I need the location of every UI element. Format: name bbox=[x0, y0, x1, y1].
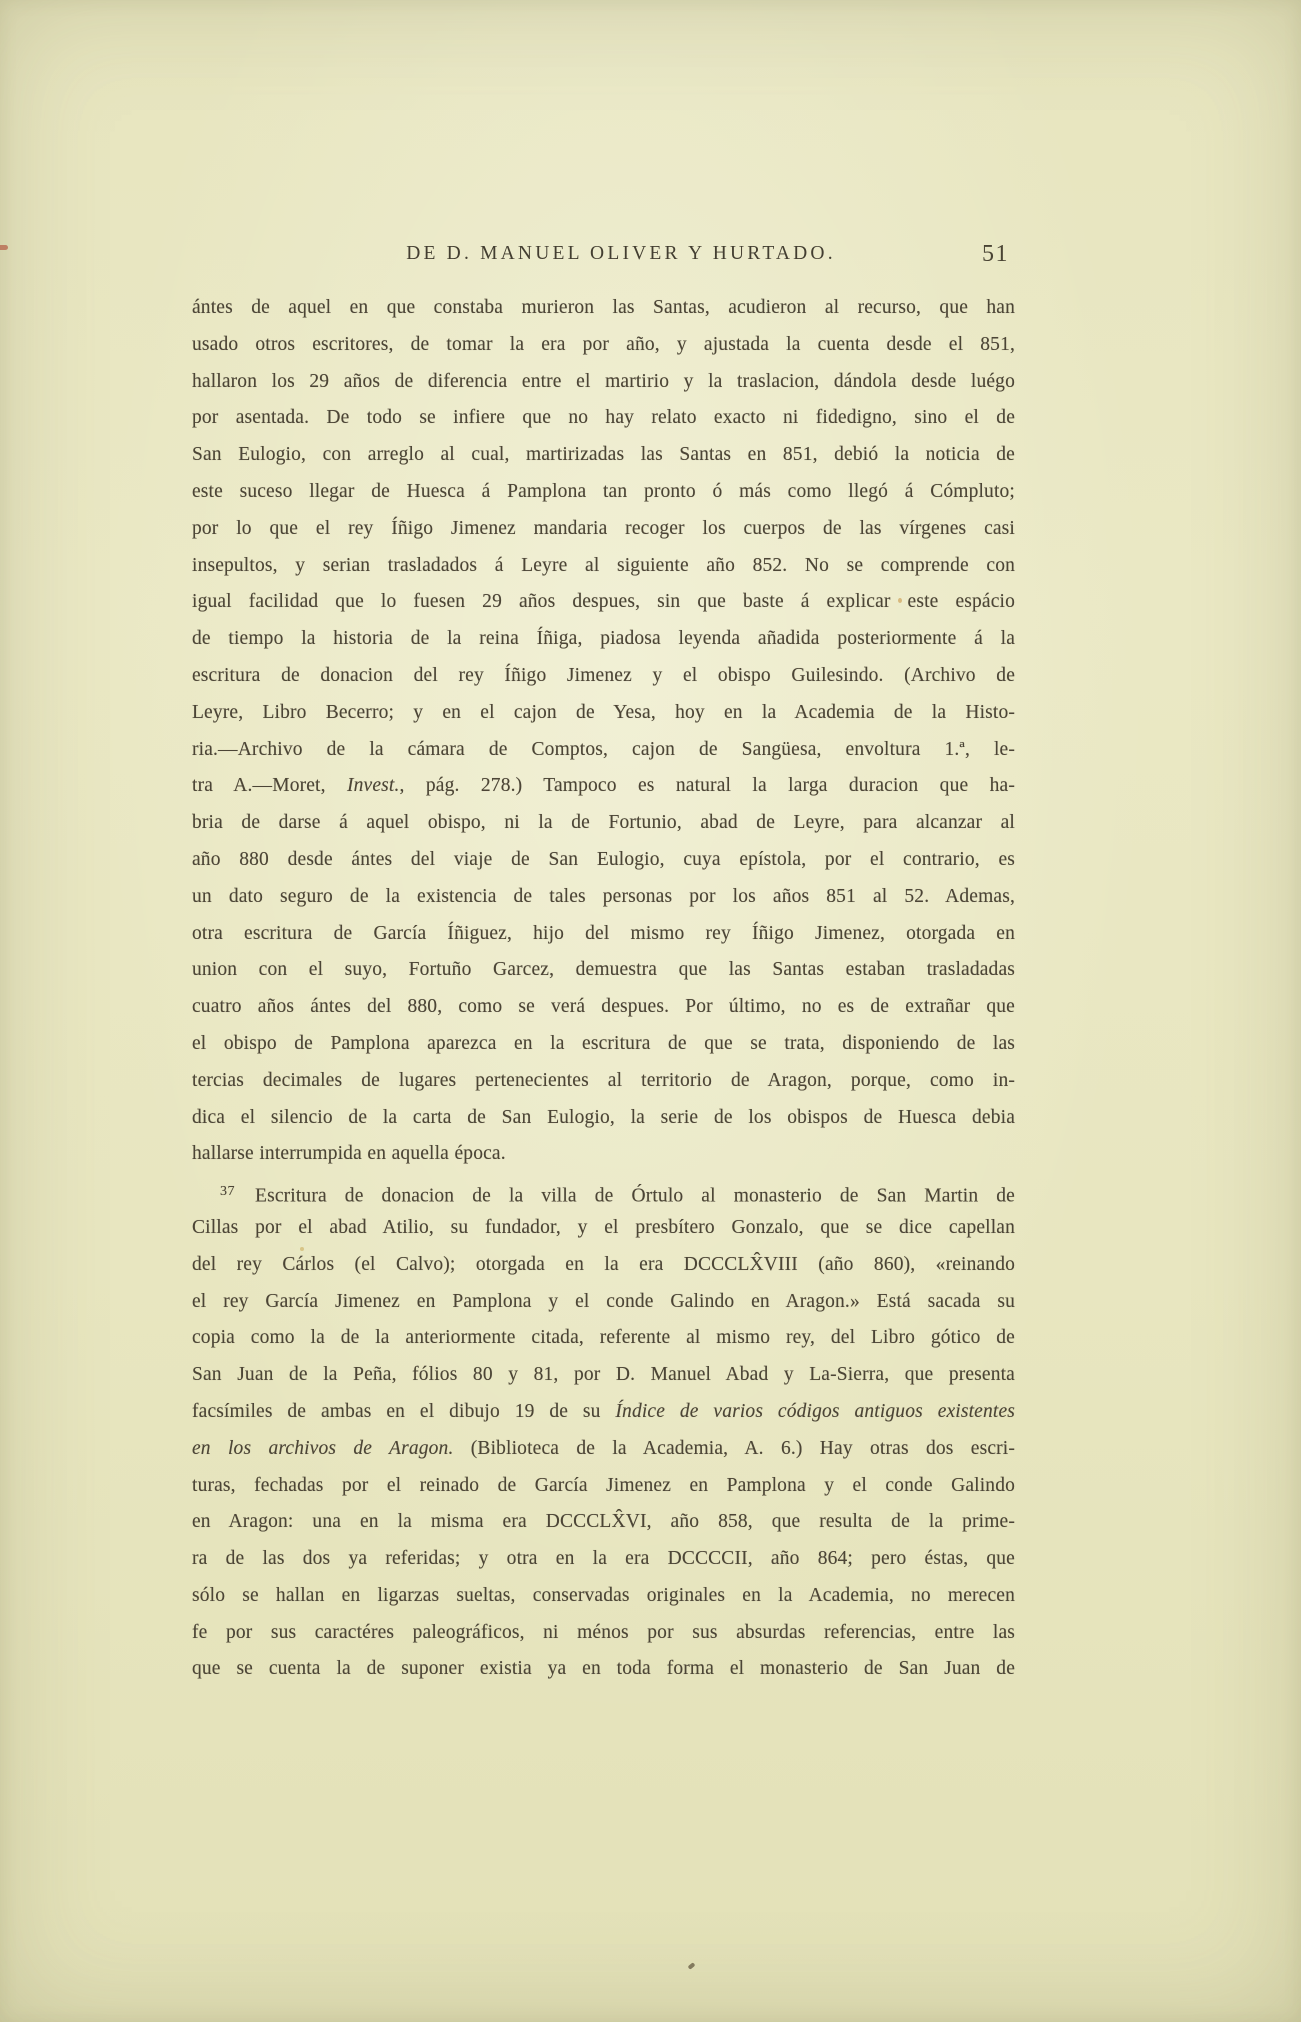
text-line: San Juan de la Peña, fólios 80 y 81, por… bbox=[192, 1357, 1015, 1394]
text-segment: en Aragon: una en la misma era DCCCLX̂VI… bbox=[192, 1511, 1015, 1532]
text-line: fe por sus caractéres paleográficos, ni … bbox=[192, 1615, 1015, 1652]
text-segment: del rey Cárlos (el Calvo); otorgada en l… bbox=[192, 1254, 1015, 1275]
paper-speck-bottom bbox=[688, 1962, 696, 1970]
paragraph: 37 Escritura de donacion de la villa de … bbox=[192, 1173, 1015, 1688]
paragraph: ántes de aquel en que constaba murieron … bbox=[192, 290, 1015, 1173]
text-segment: hallarse interrumpida en aquella época. bbox=[192, 1143, 506, 1164]
text-line: en los archivos de Aragon. (Biblioteca d… bbox=[192, 1431, 1015, 1468]
text-segment: el obispo de Pamplona aparezca en la esc… bbox=[192, 1033, 1015, 1054]
text-segment: Escritura de donacion de la villa de Órt… bbox=[237, 1185, 1015, 1206]
text-segment: bria de darse á aquel obispo, ni la de F… bbox=[192, 812, 1015, 833]
paper-speck-right bbox=[898, 598, 902, 603]
text-segment: turas, fechadas por el reinado de García… bbox=[192, 1475, 1015, 1496]
text-line: tra A.—Moret, Invest., pág. 278.) Tampoc… bbox=[192, 768, 1015, 805]
text-column: ántes de aquel en que constaba murieron … bbox=[192, 290, 1015, 1688]
text-segment: fe por sus caractéres paleográficos, ni … bbox=[192, 1622, 1015, 1643]
text-segment: union con el suyo, Fortuño Garcez, demue… bbox=[192, 959, 1015, 980]
text-line: por asentada. De todo se infiere que no … bbox=[192, 400, 1015, 437]
red-edge-mark bbox=[0, 245, 8, 250]
text-segment: insepultos, y serian trasladados á Leyre… bbox=[192, 555, 1015, 576]
paper-speck-left bbox=[300, 1247, 304, 1251]
text-line: hallarse interrumpida en aquella época. bbox=[192, 1136, 1015, 1173]
text-line: insepultos, y serian trasladados á Leyre… bbox=[192, 548, 1015, 585]
text-segment: Índice de varios códigos antiguos existe… bbox=[615, 1401, 1015, 1422]
text-segment: ántes de aquel en que constaba murieron … bbox=[192, 297, 1015, 318]
text-line: copia como la de la anteriormente citada… bbox=[192, 1320, 1015, 1357]
text-line: un dato seguro de la existencia de tales… bbox=[192, 879, 1015, 916]
text-line: dica el silencio de la carta de San Eulo… bbox=[192, 1100, 1015, 1137]
text-segment: ra de las dos ya referidas; y otra en la… bbox=[192, 1548, 1015, 1569]
text-line: facsímiles de ambas en el dibujo 19 de s… bbox=[192, 1394, 1015, 1431]
text-line: el rey García Jimenez en Pamplona y el c… bbox=[192, 1284, 1015, 1321]
text-segment: copia como la de la anteriormente citada… bbox=[192, 1327, 1015, 1348]
text-segment: de tiempo la historia de la reina Íñiga,… bbox=[192, 628, 1015, 649]
text-line: ántes de aquel en que constaba murieron … bbox=[192, 290, 1015, 327]
text-segment: igual facilidad que lo fuesen 29 años de… bbox=[192, 591, 1015, 612]
entry-number-superscript: 37 bbox=[220, 1183, 237, 1199]
text-segment: San Eulogio, con arreglo al cual, martir… bbox=[192, 444, 1015, 465]
text-segment: este suceso llegar de Huesca á Pamplona … bbox=[192, 481, 1015, 502]
text-segment: (Biblioteca de la Academia, A. 6.) Hay o… bbox=[453, 1438, 1015, 1459]
text-line: San Eulogio, con arreglo al cual, martir… bbox=[192, 437, 1015, 474]
text-line: igual facilidad que lo fuesen 29 años de… bbox=[192, 584, 1015, 621]
running-header: DE D. MANUEL OLIVER Y HURTADO. bbox=[227, 243, 1015, 265]
text-line: usado otros escritores, de tomar la era … bbox=[192, 327, 1015, 364]
text-line: este suceso llegar de Huesca á Pamplona … bbox=[192, 474, 1015, 511]
text-segment: tra A.—Moret, bbox=[192, 775, 347, 796]
text-line: hallaron los 29 años de diferencia entre… bbox=[192, 364, 1015, 401]
page-header: DE D. MANUEL OLIVER Y HURTADO. 51 bbox=[192, 243, 1015, 277]
text-line: del rey Cárlos (el Calvo); otorgada en l… bbox=[192, 1247, 1015, 1284]
text-line: otra escritura de García Íñiguez, hijo d… bbox=[192, 916, 1015, 953]
text-segment: otra escritura de García Íñiguez, hijo d… bbox=[192, 923, 1015, 944]
text-line: cuatro años ántes del 880, como se verá … bbox=[192, 989, 1015, 1026]
text-line: ria.—Archivo de la cámara de Comptos, ca… bbox=[192, 732, 1015, 769]
text-line: Cillas por el abad Atilio, su fundador, … bbox=[192, 1210, 1015, 1247]
text-line: sólo se hallan en ligarzas sueltas, cons… bbox=[192, 1578, 1015, 1615]
text-line: de tiempo la historia de la reina Íñiga,… bbox=[192, 621, 1015, 658]
text-segment: el rey García Jimenez en Pamplona y el c… bbox=[192, 1291, 1015, 1312]
text-segment: un dato seguro de la existencia de tales… bbox=[192, 886, 1015, 907]
text-segment: hallaron los 29 años de diferencia entre… bbox=[192, 371, 1015, 392]
text-segment: San Juan de la Peña, fólios 80 y 81, por… bbox=[192, 1364, 1015, 1385]
text-line: ra de las dos ya referidas; y otra en la… bbox=[192, 1541, 1015, 1578]
text-line: escritura de donacion del rey Íñigo Jime… bbox=[192, 658, 1015, 695]
text-line: bria de darse á aquel obispo, ni la de F… bbox=[192, 805, 1015, 842]
book-page: { "page": { "header": { "title": "DE D. … bbox=[0, 0, 1301, 2022]
text-line: Leyre, Libro Becerro; y en el cajon de Y… bbox=[192, 695, 1015, 732]
text-line: el obispo de Pamplona aparezca en la esc… bbox=[192, 1026, 1015, 1063]
text-segment: , pág. 278.) Tampoco es natural la larga… bbox=[400, 775, 1015, 796]
text-line: en Aragon: una en la misma era DCCCLX̂VI… bbox=[192, 1504, 1015, 1541]
text-segment: Cillas por el abad Atilio, su fundador, … bbox=[192, 1217, 1015, 1238]
text-line: año 880 desde ántes del viaje de San Eul… bbox=[192, 842, 1015, 879]
text-segment: por lo que el rey Íñigo Jimenez mandaria… bbox=[192, 518, 1015, 539]
text-segment: año 880 desde ántes del viaje de San Eul… bbox=[192, 849, 1015, 870]
text-segment: tercias decimales de lugares pertenecien… bbox=[192, 1070, 1015, 1091]
text-segment: Leyre, Libro Becerro; y en el cajon de Y… bbox=[192, 702, 1015, 723]
text-line: 37 Escritura de donacion de la villa de … bbox=[192, 1173, 1015, 1210]
text-line: turas, fechadas por el reinado de García… bbox=[192, 1468, 1015, 1505]
text-line: tercias decimales de lugares pertenecien… bbox=[192, 1063, 1015, 1100]
text-segment: ria.—Archivo de la cámara de Comptos, ca… bbox=[192, 739, 1015, 760]
text-line: union con el suyo, Fortuño Garcez, demue… bbox=[192, 952, 1015, 989]
text-segment: cuatro años ántes del 880, como se verá … bbox=[192, 996, 1015, 1017]
page-number: 51 bbox=[982, 241, 1009, 268]
text-line: que se cuenta la de suponer existia ya e… bbox=[192, 1651, 1015, 1688]
text-segment: Invest. bbox=[347, 775, 400, 796]
text-segment: en los archivos de Aragon. bbox=[192, 1438, 453, 1459]
text-segment: usado otros escritores, de tomar la era … bbox=[192, 334, 1015, 355]
text-segment: que se cuenta la de suponer existia ya e… bbox=[192, 1658, 1015, 1679]
text-segment: escritura de donacion del rey Íñigo Jime… bbox=[192, 665, 1015, 686]
text-line: por lo que el rey Íñigo Jimenez mandaria… bbox=[192, 511, 1015, 548]
text-segment: sólo se hallan en ligarzas sueltas, cons… bbox=[192, 1585, 1015, 1606]
text-segment: facsímiles de ambas en el dibujo 19 de s… bbox=[192, 1401, 615, 1422]
text-segment: por asentada. De todo se infiere que no … bbox=[192, 407, 1015, 428]
text-segment: dica el silencio de la carta de San Eulo… bbox=[192, 1107, 1015, 1128]
